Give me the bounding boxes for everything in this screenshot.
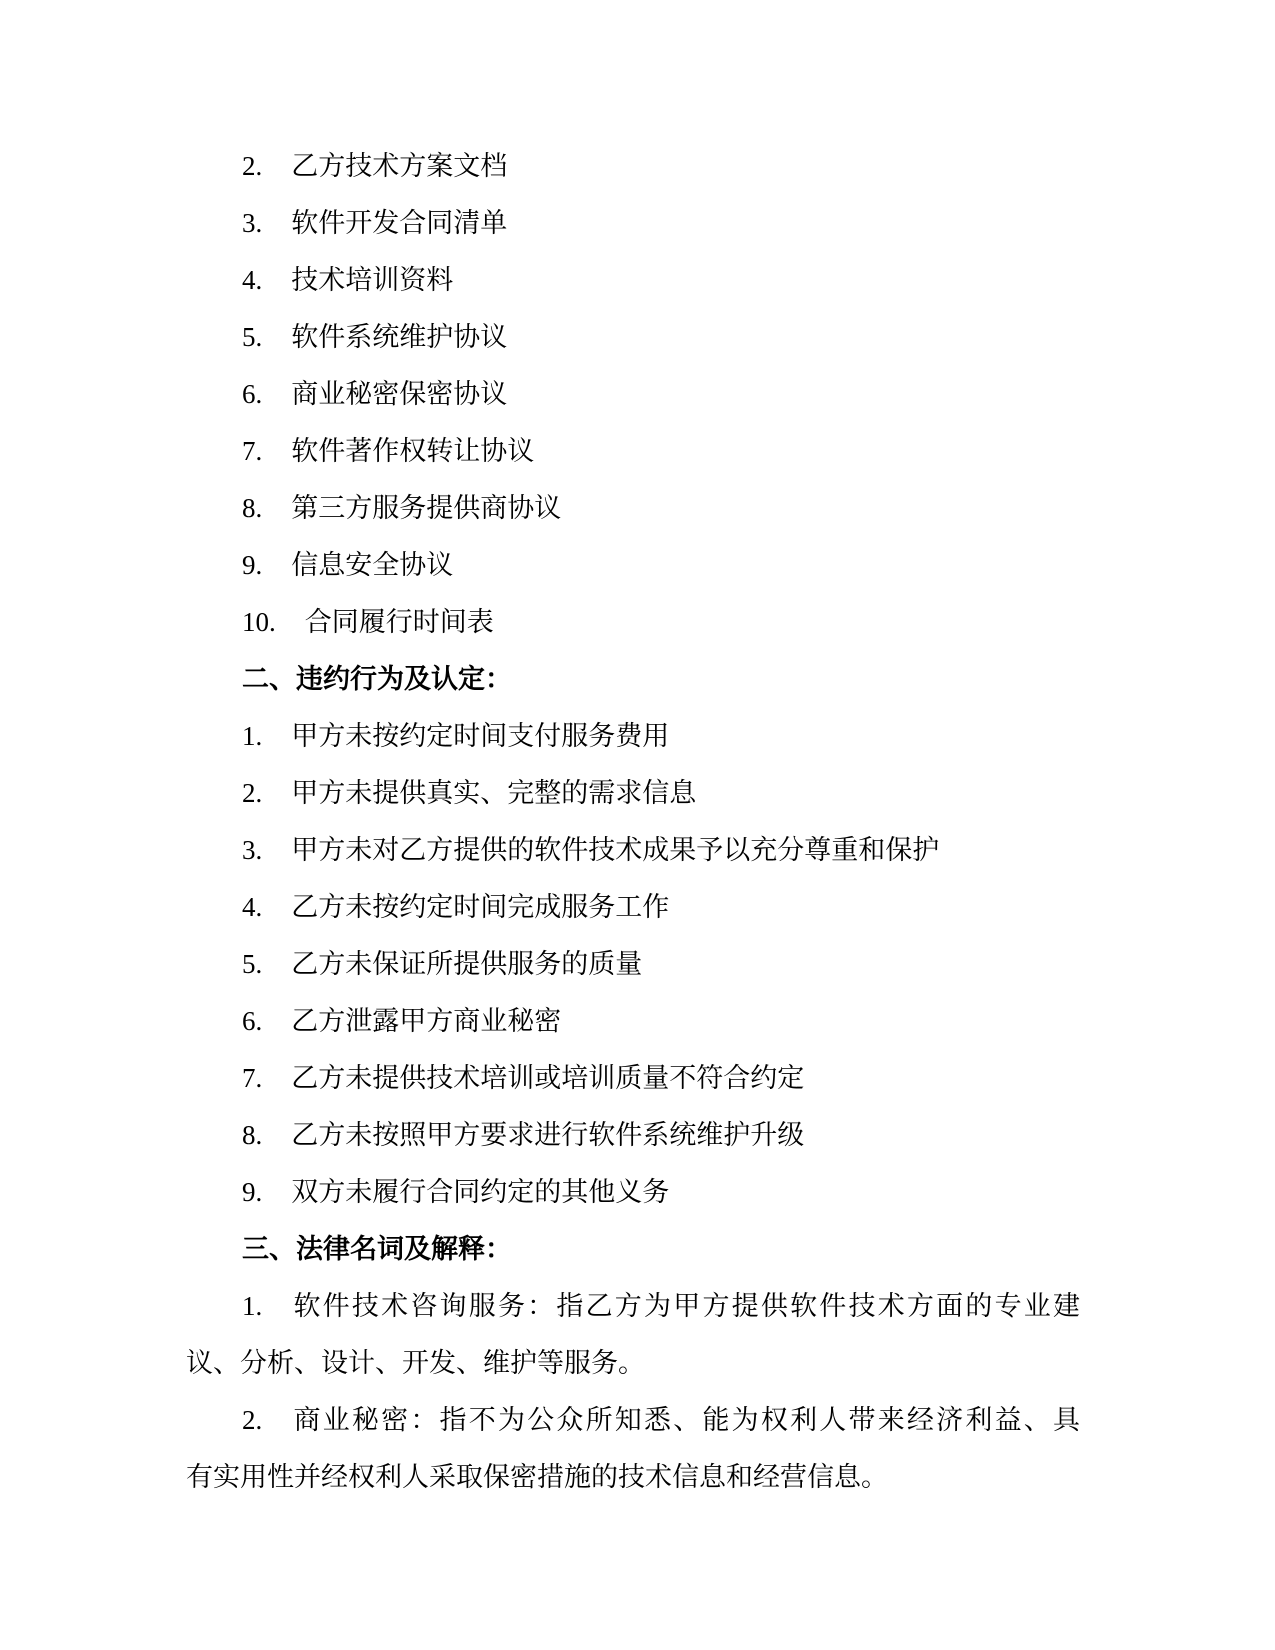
document-body: 2.乙方技术方案文档3.软件开发合同清单4.技术培训资料5.软件系统维护协议6.… (186, 138, 1080, 1506)
section-heading: 二、违约行为及认定： (186, 651, 1080, 708)
item-number: 2. (242, 765, 262, 822)
item-text: 乙方未保证所提供服务的质量 (291, 949, 642, 979)
paragraph-first-line: 2.商业秘密：指不为公众所知悉、能为权利人带来经济利益、具 (186, 1392, 1080, 1449)
item-number: 9. (242, 537, 262, 594)
list-item: 4.乙方未按约定时间完成服务工作 (186, 879, 1080, 936)
item-number: 2. (242, 1392, 262, 1449)
item-number: 2. (242, 138, 262, 195)
item-text: 软件技术咨询服务：指乙方为甲方提供软件技术方面的专业建 (291, 1291, 1080, 1321)
item-number: 7. (242, 423, 262, 480)
item-text: 乙方未提供技术培训或培训质量不符合约定 (291, 1063, 804, 1093)
item-text: 商业秘密：指不为公众所知悉、能为权利人带来经济利益、具 (291, 1405, 1080, 1435)
item-number: 6. (242, 366, 262, 423)
item-text: 甲方未按约定时间支付服务费用 (291, 721, 669, 751)
item-number: 1. (242, 1278, 262, 1335)
item-text: 信息安全协议 (291, 550, 453, 580)
list-item: 1.甲方未按约定时间支付服务费用 (186, 708, 1080, 765)
item-text: 乙方未按约定时间完成服务工作 (291, 892, 669, 922)
list-item: 5.软件系统维护协议 (186, 309, 1080, 366)
list-item: 4.技术培训资料 (186, 252, 1080, 309)
list-item: 3.软件开发合同清单 (186, 195, 1080, 252)
item-number: 1. (242, 708, 262, 765)
document-page: 2.乙方技术方案文档3.软件开发合同清单4.技术培训资料5.软件系统维护协议6.… (0, 0, 1275, 1650)
paragraph-continuation-line: 有实用性并经权利人采取保密措施的技术信息和经营信息。 (186, 1449, 1080, 1506)
item-number: 6. (242, 993, 262, 1050)
item-number: 10. (242, 594, 276, 651)
paragraph-continuation-line: 议、分析、设计、开发、维护等服务。 (186, 1335, 1080, 1392)
item-text: 软件著作权转让协议 (291, 436, 534, 466)
item-text: 软件开发合同清单 (291, 208, 507, 238)
paragraph-text: 议、分析、设计、开发、维护等服务。 (186, 1348, 645, 1378)
list-item: 2.乙方技术方案文档 (186, 138, 1080, 195)
item-text: 技术培训资料 (291, 265, 453, 295)
item-number: 5. (242, 936, 262, 993)
list-item: 7.乙方未提供技术培训或培训质量不符合约定 (186, 1050, 1080, 1107)
paragraph-first-line: 1.软件技术咨询服务：指乙方为甲方提供软件技术方面的专业建 (186, 1278, 1080, 1335)
item-text: 第三方服务提供商协议 (291, 493, 561, 523)
item-number: 9. (242, 1164, 262, 1221)
section-heading: 三、法律名词及解释： (186, 1221, 1080, 1278)
item-text: 软件系统维护协议 (291, 322, 507, 352)
list-item: 8.第三方服务提供商协议 (186, 480, 1080, 537)
item-text: 乙方未按照甲方要求进行软件系统维护升级 (291, 1120, 804, 1150)
item-text: 甲方未对乙方提供的软件技术成果予以充分尊重和保护 (291, 835, 939, 865)
list-item: 7.软件著作权转让协议 (186, 423, 1080, 480)
list-item: 10.合同履行时间表 (186, 594, 1080, 651)
section-heading-text: 三、法律名词及解释： (242, 1234, 512, 1264)
item-text: 商业秘密保密协议 (291, 379, 507, 409)
item-text: 双方未履行合同约定的其他义务 (291, 1177, 669, 1207)
item-text: 合同履行时间表 (305, 607, 494, 637)
list-item: 5.乙方未保证所提供服务的质量 (186, 936, 1080, 993)
list-item: 9.双方未履行合同约定的其他义务 (186, 1164, 1080, 1221)
item-number: 8. (242, 480, 262, 537)
item-number: 5. (242, 309, 262, 366)
item-text: 甲方未提供真实、完整的需求信息 (291, 778, 696, 808)
list-item: 8.乙方未按照甲方要求进行软件系统维护升级 (186, 1107, 1080, 1164)
item-number: 7. (242, 1050, 262, 1107)
list-item: 6.乙方泄露甲方商业秘密 (186, 993, 1080, 1050)
list-item: 3.甲方未对乙方提供的软件技术成果予以充分尊重和保护 (186, 822, 1080, 879)
paragraph-text: 有实用性并经权利人采取保密措施的技术信息和经营信息。 (186, 1462, 888, 1492)
item-number: 4. (242, 879, 262, 936)
item-text: 乙方泄露甲方商业秘密 (291, 1006, 561, 1036)
item-number: 4. (242, 252, 262, 309)
section-heading-text: 二、违约行为及认定： (242, 664, 512, 694)
list-item: 9.信息安全协议 (186, 537, 1080, 594)
list-item: 6.商业秘密保密协议 (186, 366, 1080, 423)
list-item: 2.甲方未提供真实、完整的需求信息 (186, 765, 1080, 822)
item-text: 乙方技术方案文档 (291, 151, 507, 181)
item-number: 3. (242, 195, 262, 252)
item-number: 3. (242, 822, 262, 879)
item-number: 8. (242, 1107, 262, 1164)
